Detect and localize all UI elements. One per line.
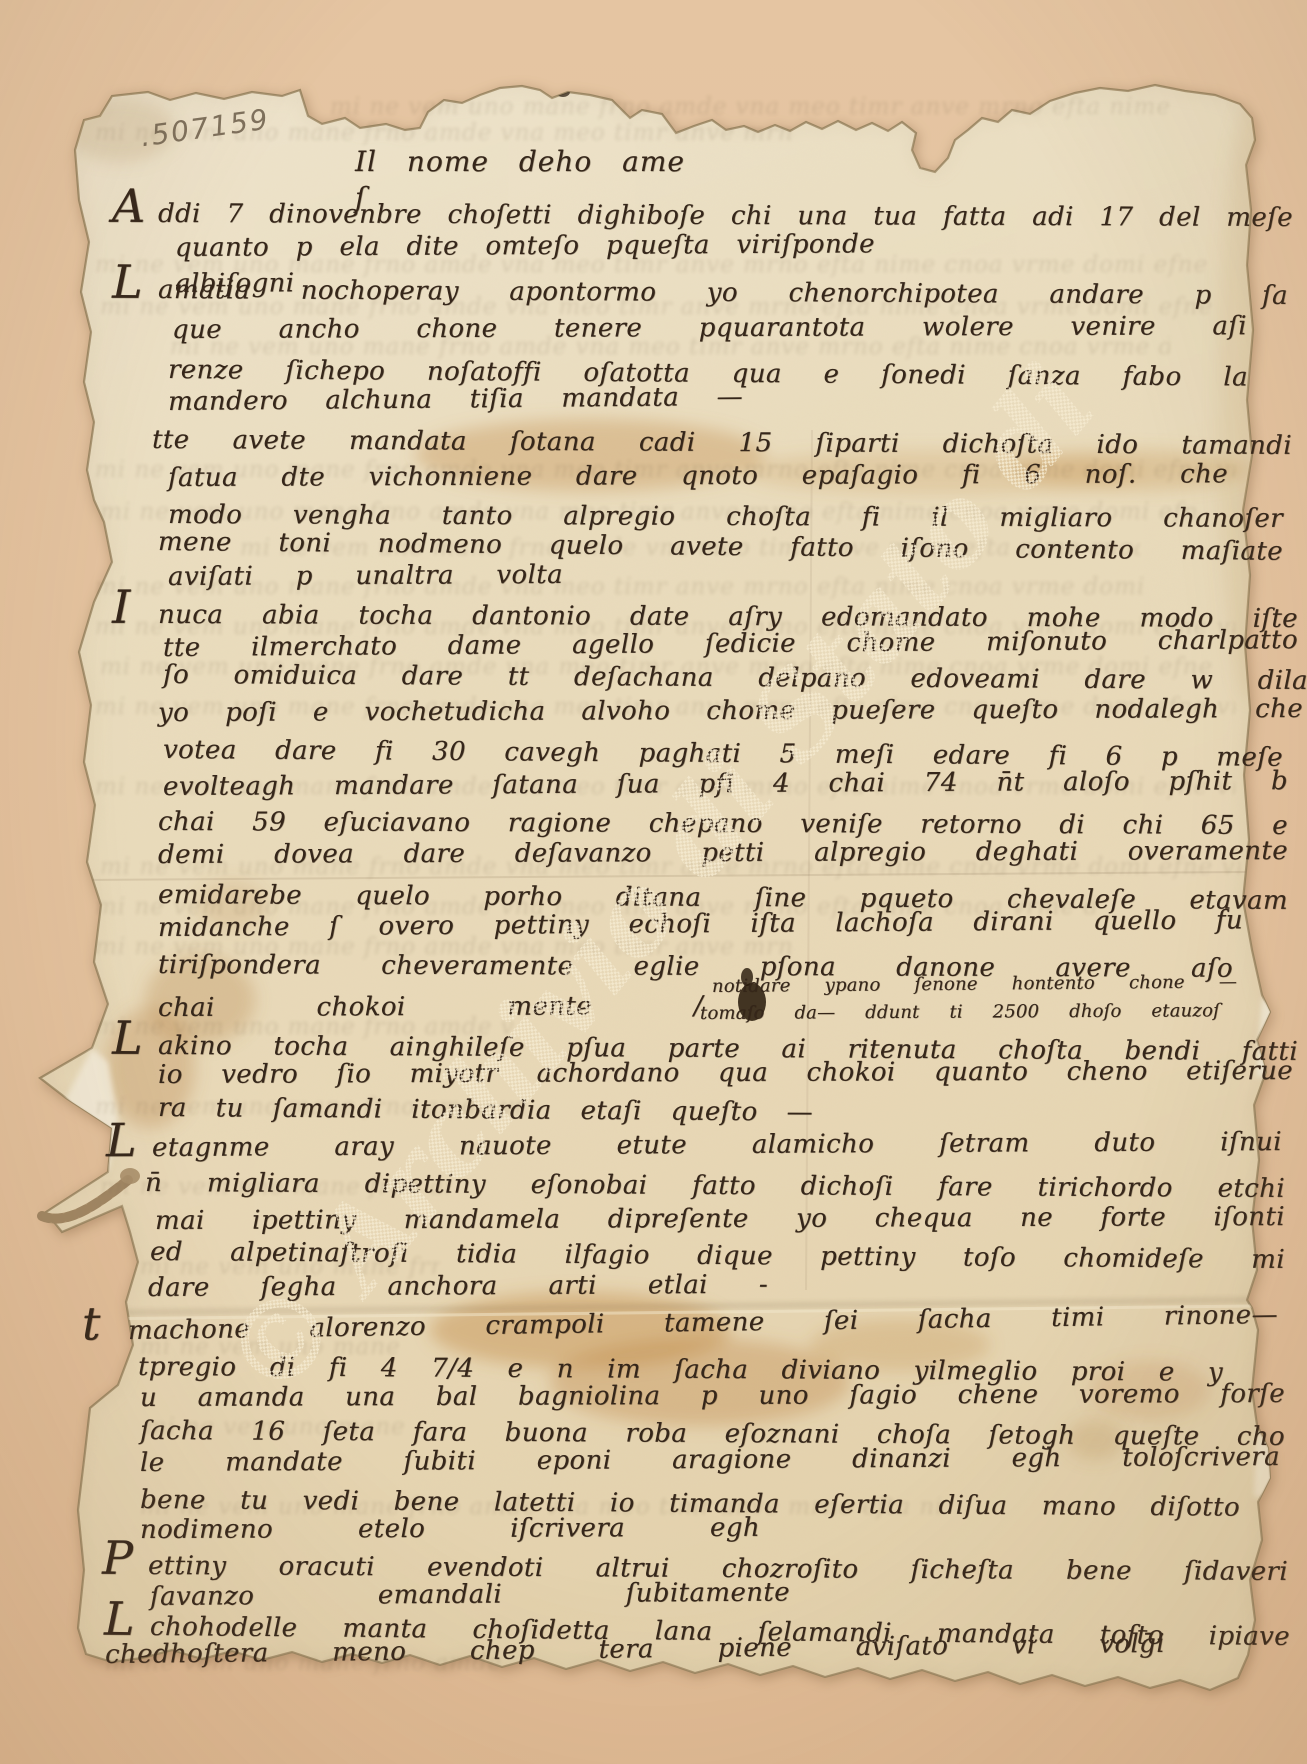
torn-flap-right — [1256, 998, 1298, 1078]
paper-graphics — [0, 0, 1307, 1764]
torn-flap-right-lower — [1254, 1430, 1280, 1498]
document-scan: mi ne vem uno mane frno amde vna meo tim… — [0, 0, 1307, 1764]
